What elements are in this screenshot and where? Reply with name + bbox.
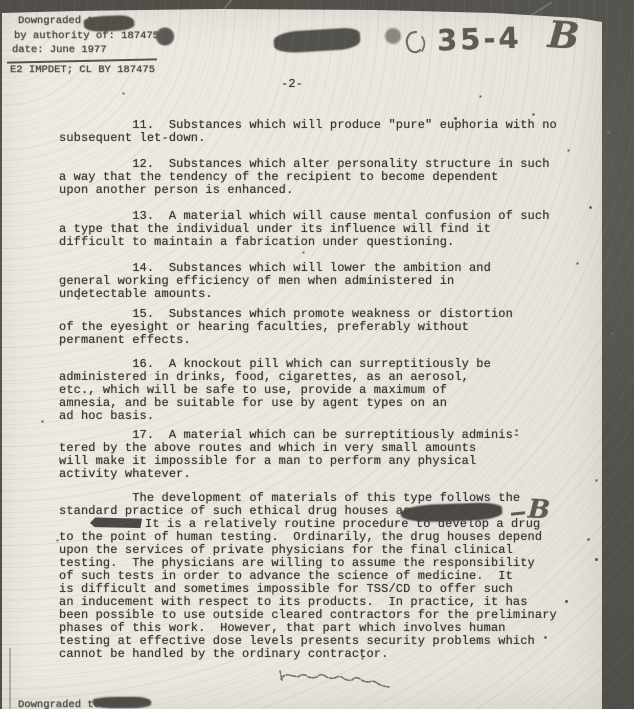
handwritten-code: 35-4 xyxy=(436,21,522,58)
paragraph-12: 12. Substances which alter personality s… xyxy=(59,158,550,197)
stamp-date-line: date: June 1977 xyxy=(12,44,107,57)
scanned-document: Downgraded to: by authority of: 187475 d… xyxy=(0,0,634,709)
paragraph-16: 16. A knockout pill which can surreptiti… xyxy=(59,358,491,423)
paragraph-13: 13. A material which will cause mental c… xyxy=(59,210,550,249)
redaction-bar xyxy=(93,697,151,708)
ink-dot-light xyxy=(384,27,402,45)
closing-paragraph-part2: to the point of human testing. Ordinaril… xyxy=(59,531,557,661)
paragraph-15: 15. Substances which promote weakness or… xyxy=(59,308,513,347)
redaction-bar xyxy=(90,517,142,528)
paragraph-14: 14. Substances which will lower the ambi… xyxy=(59,262,491,301)
scan-speckles xyxy=(0,0,1,1)
handwritten-margin-letter-b: B xyxy=(527,494,551,525)
stamp-impdet-line: E2 IMPDET; CL BY 187475 xyxy=(10,64,155,77)
page-number: -2- xyxy=(281,78,303,91)
paragraph-17: 17. A material which can be surreptitiou… xyxy=(59,429,520,481)
handwritten-letter-b: B xyxy=(547,12,581,58)
stamp-authority-line: by authority of: 187475 xyxy=(14,30,159,43)
handwritten-paren-mark xyxy=(402,28,428,58)
paper-fold-line xyxy=(9,648,11,709)
ink-dot-dark xyxy=(155,27,175,46)
paragraph-11: 11. Substances which will produce "pure"… xyxy=(59,119,557,145)
handwritten-scribble xyxy=(277,666,409,694)
